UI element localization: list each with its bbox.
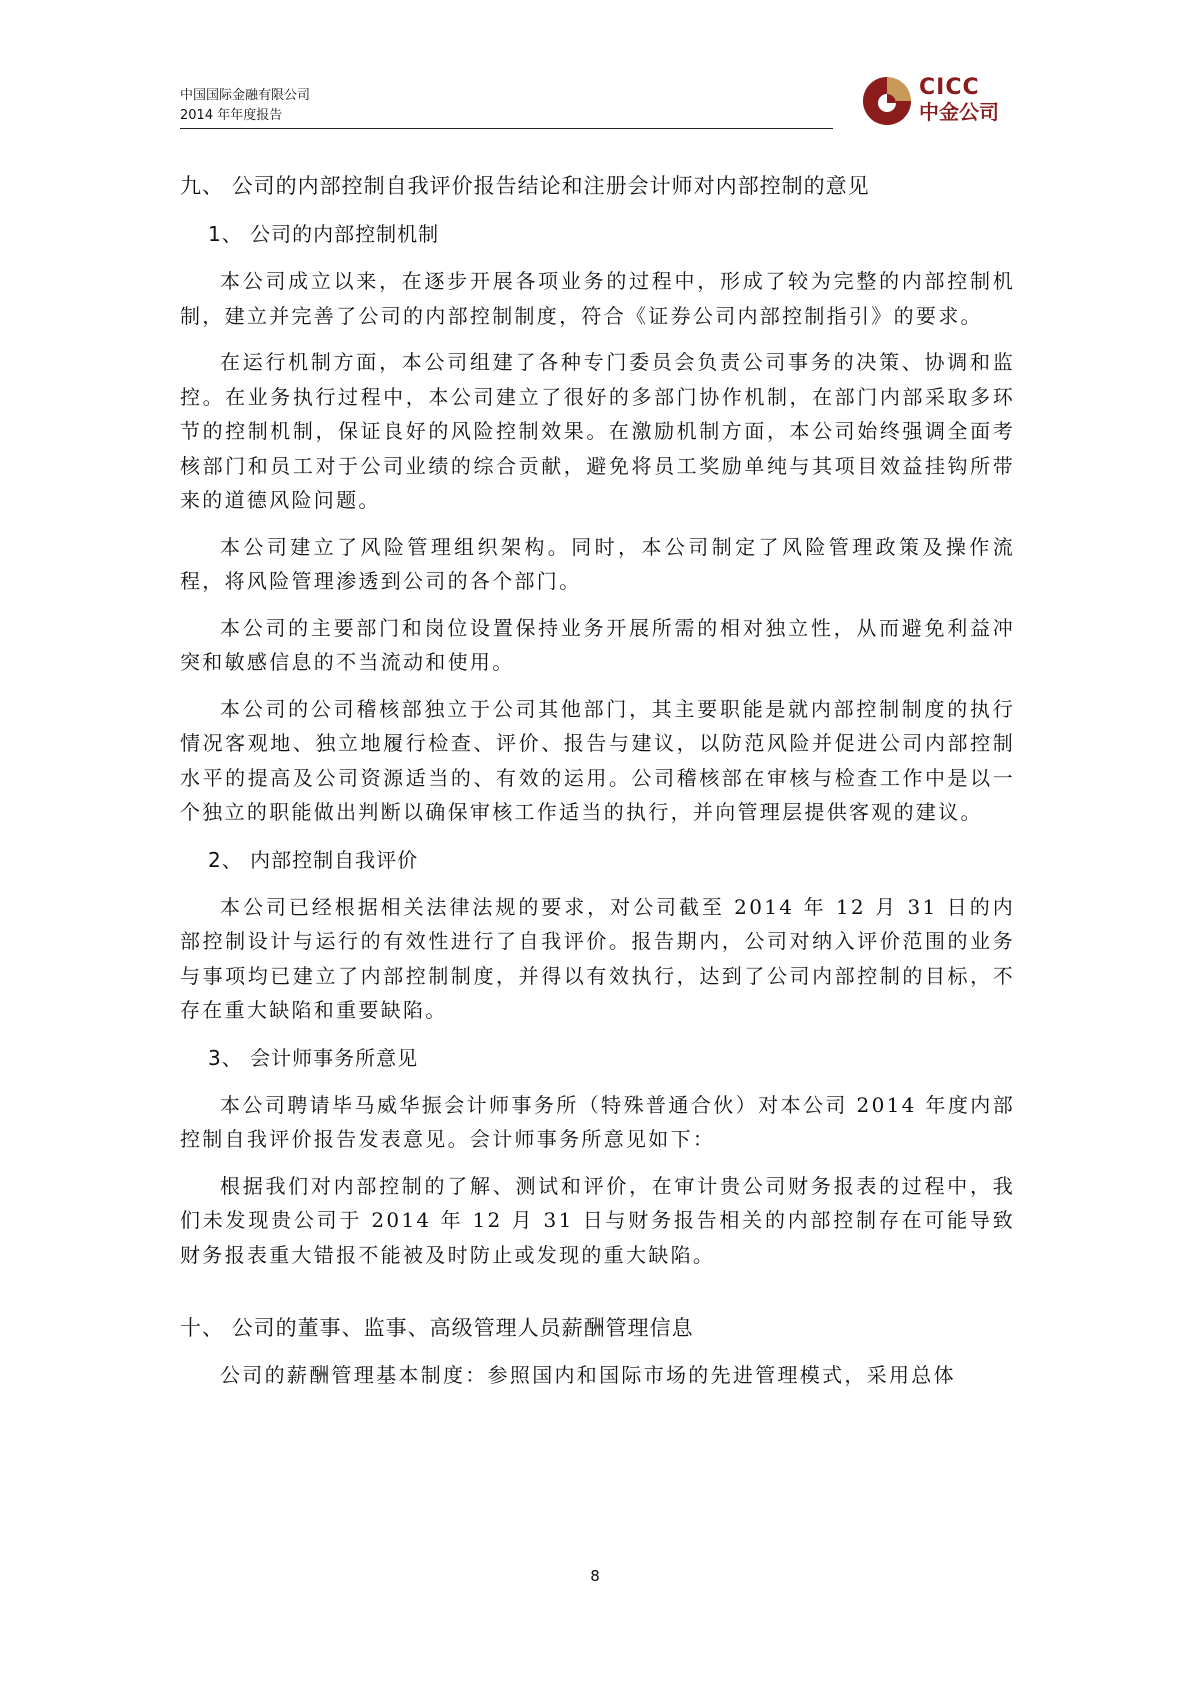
logo-text-cn: 中金公司 (919, 100, 999, 124)
cicc-logo: CICC 中金公司 (862, 76, 1012, 128)
section-10-heading: 十、 公司的董事、监事、高级管理人员薪酬管理信息 (180, 1310, 1015, 1346)
subsection-3-heading: 3、 会计师事务所意见 (180, 1040, 1015, 1076)
subsection-1-heading: 1、 公司的内部控制机制 (180, 216, 1015, 252)
paragraph: 本公司已经根据相关法律法规的要求，对公司截至 2014 年 12 月 31 日的… (180, 890, 1015, 1028)
cicc-logo-mark-icon (862, 76, 912, 126)
page-body: 九、 公司的内部控制自我评价报告结论和注册会计师对内部控制的意见 1、 公司的内… (180, 168, 1015, 1393)
page-number: 8 (0, 1567, 1190, 1585)
paragraph: 本公司建立了风险管理组织架构。同时，本公司制定了风险管理政策及操作流程，将风险管… (180, 530, 1015, 599)
section-9-heading: 九、 公司的内部控制自我评价报告结论和注册会计师对内部控制的意见 (180, 168, 1015, 204)
running-header: 中国国际金融有限公司 2014 年年度报告 (180, 86, 310, 126)
paragraph: 公司的薪酬管理基本制度：参照国内和国际市场的先进管理模式，采用总体 (180, 1358, 1015, 1393)
paragraph: 本公司聘请毕马威华振会计师事务所（特殊普通合伙）对本公司 2014 年度内部控制… (180, 1088, 1015, 1157)
paragraph: 在运行机制方面，本公司组建了各种专门委员会负责公司事务的决策、协调和监控。在业务… (180, 345, 1015, 518)
header-company-name: 中国国际金融有限公司 (180, 86, 310, 106)
paragraph: 本公司的公司稽核部独立于公司其他部门，其主要职能是就内部控制制度的执行情况客观地… (180, 692, 1015, 830)
paragraph: 本公司的主要部门和岗位设置保持业务开展所需的相对独立性，从而避免利益冲突和敏感信… (180, 611, 1015, 680)
header-divider (180, 128, 833, 129)
subsection-2-heading: 2、 内部控制自我评价 (180, 842, 1015, 878)
paragraph: 本公司成立以来，在逐步开展各项业务的过程中，形成了较为完整的内部控制机制，建立并… (180, 264, 1015, 333)
paragraph: 根据我们对内部控制的了解、测试和评价，在审计贵公司财务报表的过程中，我们未发现贵… (180, 1169, 1015, 1273)
logo-text-en: CICC (919, 76, 999, 100)
header-report-title: 2014 年年度报告 (180, 106, 310, 126)
